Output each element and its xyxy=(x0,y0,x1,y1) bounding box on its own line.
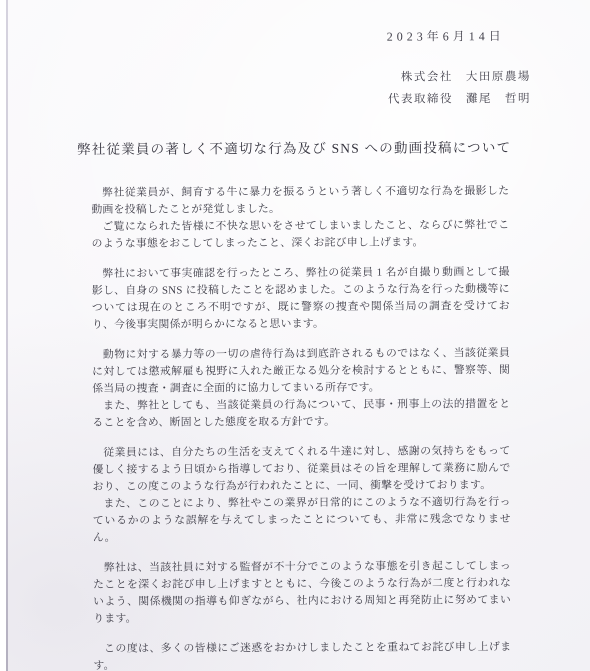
paragraph-group: 弊社従業員が、飼育する牛に暴力を振るうという著しく不適切な行為を撮影した動画を投… xyxy=(91,183,509,253)
paragraph: 弊社従業員が、飼育する牛に暴力を振るうという著しく不適切な行為を撮影した動画を投… xyxy=(91,183,509,219)
paragraph-group: 動物に対する暴力等の一切の虐待行為は到底許されるものではなく、当該従業員に対して… xyxy=(92,345,510,432)
representative-name: 代表取締役 灘尾 哲明 xyxy=(0,88,531,112)
paragraph: 弊社において事実確認を行ったところ、弊社の従業員 1 名が自撮り動画として撮影し… xyxy=(92,264,510,334)
paragraph: この度は、多くの皆様にご迷惑をおかけしましたことを重ねてお詫び申し上げます。 xyxy=(93,639,511,671)
letter-sheet: 2023年6月14日 株式会社 大田原農場 代表取締役 灘尾 哲明 弊社従業員の… xyxy=(0,0,590,671)
paragraph-group: 弊社において事実確認を行ったところ、弊社の従業員 1 名が自撮り動画として撮影し… xyxy=(92,264,510,334)
paragraph: ご覧になられた皆様に不快な思いをさせてしまいましたこと、ならびに弊社でこのような… xyxy=(91,217,509,253)
paragraph: 従業員には、自分たちの生活を支えてくれる牛達に対し、感謝の気持ちをもって優しく接… xyxy=(92,443,510,496)
letter-date: 2023年6月14日 xyxy=(0,27,589,47)
letter-body: 弊社従業員が、飼育する牛に暴力を振るうという著しく不適切な行為を撮影した動画を投… xyxy=(91,183,511,671)
document-photo: 2023年6月14日 株式会社 大田原農場 代表取締役 灘尾 哲明 弊社従業員の… xyxy=(0,0,590,671)
letter-header: 2023年6月14日 株式会社 大田原農場 代表取締役 灘尾 哲明 xyxy=(0,0,589,112)
paragraph: また、このことにより、弊社やこの業界が日常的にこのような不適切行為を行っているか… xyxy=(93,494,511,547)
letter-title: 弊社従業員の著しく不適切な行為及び SNS への動画投稿について xyxy=(0,136,589,159)
company-name: 株式会社 大田原農場 xyxy=(0,66,531,90)
sender-block: 株式会社 大田原農場 代表取締役 灘尾 哲明 xyxy=(0,66,589,113)
paragraph-group: この度は、多くの皆様にご迷惑をおかけしましたことを重ねてお詫び申し上げます。 xyxy=(93,639,511,671)
paragraph: 動物に対する暴力等の一切の虐待行為は到底許されるものではなく、当該従業員に対して… xyxy=(92,345,510,398)
paragraph: 弊社は、当該社員に対する監督が不十分でこのような事態を引き起こしてしまったことを… xyxy=(93,558,511,628)
paragraph: また、弊社としても、当該従業員の行為について、民事・刑事上の法的措置をとることを… xyxy=(92,396,510,432)
paragraph-group: 弊社は、当該社員に対する監督が不十分でこのような事態を引き起こしてしまったことを… xyxy=(93,558,511,628)
paragraph-group: 従業員には、自分たちの生活を支えてくれる牛達に対し、感謝の気持ちをもって優しく接… xyxy=(92,443,510,547)
